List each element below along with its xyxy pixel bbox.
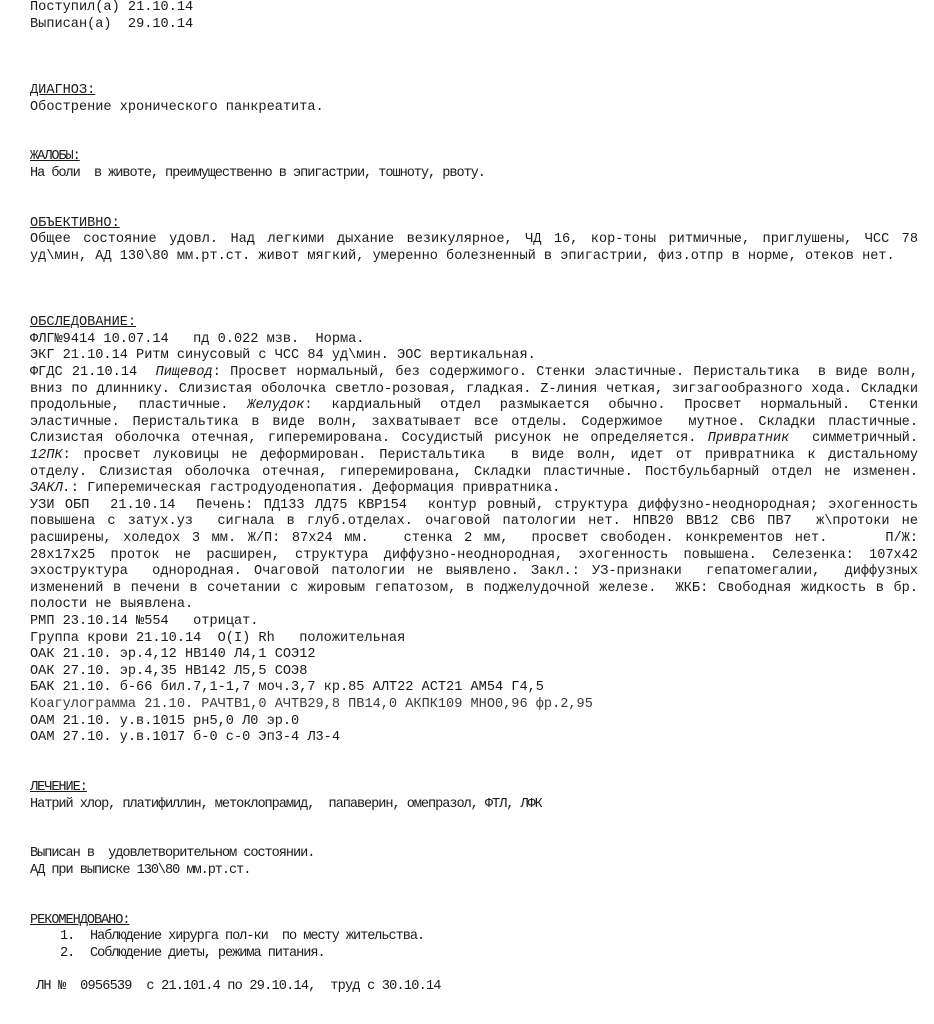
lab-result-line: ОАМ 27.10. у.в.1017 б-0 с-0 Эп3-4 Л3-4 bbox=[30, 730, 918, 747]
lab-result-line: Группа крови 21.10.14 O(I) Rh положитель… bbox=[30, 631, 918, 648]
flg-result: ФЛГ№9414 10.07.14 пд 0.022 мзв. Норма. bbox=[30, 332, 918, 349]
lab-result-line: ОАК 27.10. эр.4,35 HB142 Л5,5 СОЭ8 bbox=[30, 664, 918, 681]
ekg-result: ЭКГ 21.10.14 Ритм синусовый с ЧСС 84 уд\… bbox=[30, 348, 918, 365]
spacer bbox=[30, 266, 918, 299]
lab-result-line: Коагулограмма 21.10. РАЧТВ1,0 АЧТВ29,8 П… bbox=[30, 697, 918, 714]
objective-heading: ОБЪЕКТИВНО: bbox=[30, 216, 918, 233]
discharge-state: Выписан в удовлетворительном состоянии. bbox=[30, 846, 918, 863]
list-item: 1.Наблюдение хирурга пол-ки по месту жит… bbox=[60, 929, 918, 946]
diagnosis-text: Обострение хронического панкреатита. bbox=[30, 100, 918, 117]
uzi-result: УЗИ ОБП 21.10.14 Печень: ПД133 ЛД75 КВР1… bbox=[30, 498, 918, 614]
spacer bbox=[30, 813, 918, 846]
stomach-label: Желудок bbox=[247, 398, 304, 413]
spacer bbox=[30, 33, 918, 66]
objective-text: Общее состояние удовл. Над легкими дыхан… bbox=[30, 232, 918, 265]
discharged-row: Выписан(а) 29.10.14 bbox=[30, 17, 918, 34]
lab-result-line: ОАК 21.10. эр.4,12 HB140 Л4,1 СОЭ12 bbox=[30, 647, 918, 664]
duodenum-label: 12ПК bbox=[30, 448, 63, 463]
spacer bbox=[30, 116, 918, 149]
list-item: 2.Соблюдение диеты, режима питания. bbox=[60, 946, 918, 963]
lab-result-line: БАК 21.10. б-66 бил.7,1-1,7 моч.3,7 кр.8… bbox=[30, 680, 918, 697]
treatment-text: Натрий хлор, платифиллин, метоклопрамид,… bbox=[30, 797, 918, 814]
recommendations-heading: РЕКОМЕНДОВАНО: bbox=[30, 913, 918, 930]
discharge-bp: АД при выписке 130\80 мм.рт.ст. bbox=[30, 863, 918, 880]
pylorus-label: Привратник bbox=[708, 431, 790, 446]
spacer bbox=[30, 183, 918, 216]
esophagus-label: Пищевод bbox=[156, 365, 213, 380]
spacer bbox=[30, 962, 918, 979]
diagnosis-heading: ДИАГНОЗ: bbox=[30, 83, 918, 100]
treatment-heading: ЛЕЧЕНИЕ: bbox=[30, 780, 918, 797]
spacer bbox=[30, 747, 918, 780]
lab-results: РМП 23.10.14 №554 отрицат. Группа крови … bbox=[30, 614, 918, 747]
sick-leave-line: ЛН № 0956539 с 21.101.4 по 29.10.14, тру… bbox=[30, 979, 918, 996]
examination-heading: ОБСЛЕДОВАНИЕ: bbox=[30, 315, 918, 332]
spacer bbox=[30, 66, 918, 83]
admitted-label: Поступил(а) bbox=[30, 0, 120, 15]
recommendations-list: 1.Наблюдение хирурга пол-ки по месту жит… bbox=[30, 929, 918, 962]
complaints-text: На боли в животе, преимущественно в эпиг… bbox=[30, 166, 918, 183]
lab-result-line: ОАМ 21.10. у.в.1015 рн5,0 Л0 эр.0 bbox=[30, 714, 918, 731]
lab-result-line: РМП 23.10.14 №554 отрицат. bbox=[30, 614, 918, 631]
admitted-row: Поступил(а) 21.10.14 bbox=[30, 0, 918, 17]
spacer bbox=[30, 299, 918, 316]
discharge-summary-document: Поступил(а) 21.10.14 Выписан(а) 29.10.14… bbox=[30, 0, 918, 996]
complaints-heading: ЖАЛОБЫ: bbox=[30, 149, 918, 166]
conclusion-label: ЗАКЛ. bbox=[30, 481, 71, 496]
fgds-result: ФГДС 21.10.14 Пищевод: Просвет нормальны… bbox=[30, 365, 918, 498]
admitted-date: 21.10.14 bbox=[128, 0, 193, 15]
discharged-label: Выписан(а) bbox=[30, 17, 112, 32]
discharged-date: 29.10.14 bbox=[128, 17, 193, 32]
spacer bbox=[30, 879, 918, 912]
